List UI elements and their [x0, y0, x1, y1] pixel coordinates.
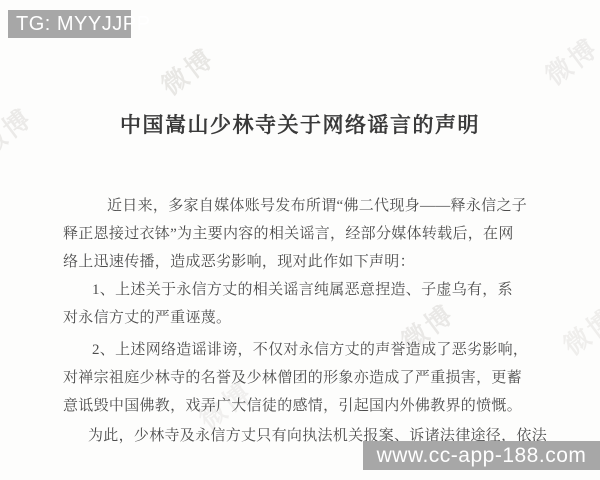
document-line: 意诋毁中国佛教，戏弄广大信徒的感情，引起国内外佛教界的愤慨。	[63, 392, 518, 420]
document-line: 络上迅速传播，造成恶劣影响，现对此作如下声明：	[63, 248, 518, 276]
document-photo: TG: MYYJJPP 微博 微博 微博 微博 微博 微博 中国嵩山少林寺关于网…	[0, 0, 600, 480]
document-line: 释正恩接过衣钵”为主要内容的相关谣言，经部分媒体转载后，在网	[63, 220, 518, 248]
telegram-badge: TG: MYYJJPP	[8, 10, 131, 38]
document-line: 对永信方丈的严重诬蔑。	[63, 304, 518, 332]
document-line: 近日来，多家自媒体账号发布所谓“佛二代现身——释永信之子	[63, 192, 518, 220]
weibo-watermark: 微博	[153, 38, 222, 102]
document-title: 中国嵩山少林寺关于网络谣言的声明	[0, 109, 600, 139]
document-line: 1、上述关于永信方丈的相关谣言纯属恶意捏造、子虚乌有，系	[63, 276, 518, 304]
website-watermark-bar: www.cc-app-188.com	[363, 441, 600, 470]
weibo-watermark: 微博	[537, 28, 600, 92]
document-line: 2、上述网络造谣诽谤，不仅对永信方丈的声誉造成了恶劣影响，	[63, 336, 518, 364]
weibo-watermark: 微博	[555, 298, 600, 362]
document-body: 近日来，多家自媒体账号发布所谓“佛二代现身——释永信之子释正恩接过衣钵”为主要内…	[63, 192, 518, 450]
document-line: 对禅宗祖庭少林寺的名誉及少林僧团的形象亦造成了严重损害，更蓄	[63, 364, 518, 392]
